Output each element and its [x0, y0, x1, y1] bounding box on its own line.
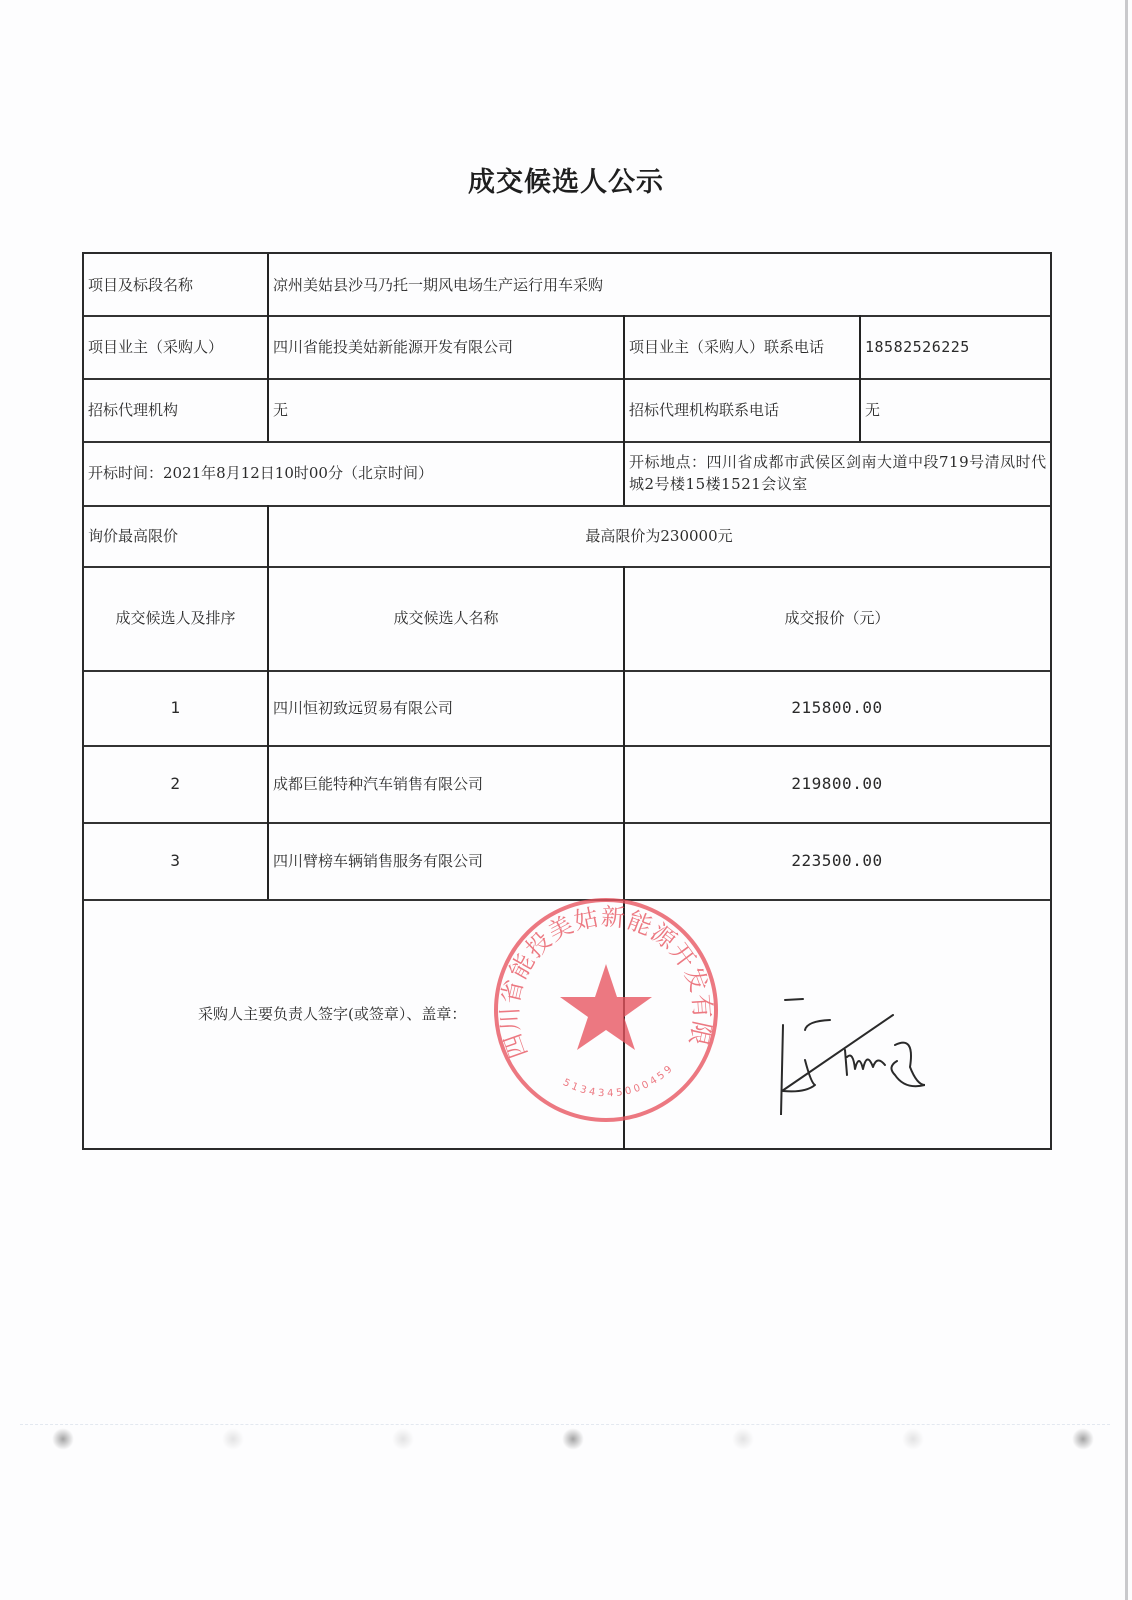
owner-label: 项目业主（采购人）	[84, 315, 267, 378]
page-edge-shadow	[1125, 0, 1128, 1600]
max-price-label: 询价最高限价	[84, 505, 267, 566]
open-place: 开标地点：四川省成都市武侯区剑南大道中段719号清凤时代城2号楼15楼1521会…	[625, 441, 1051, 505]
owner-phone-value: 18582526225	[861, 315, 1051, 378]
candidate-rank: 3	[84, 822, 267, 899]
scan-smudge	[902, 1428, 924, 1450]
candidate-price: 219800.00	[625, 745, 1049, 822]
candidate-rank: 2	[84, 745, 267, 822]
header-name: 成交候选人名称	[269, 566, 623, 670]
candidate-name: 四川恒初致远贸易有限公司	[269, 670, 623, 745]
scan-smudge	[222, 1428, 244, 1450]
max-price-value: 最高限价为230000元	[269, 505, 1049, 566]
scan-smudge	[732, 1428, 754, 1450]
candidate-name: 四川臂榜车辆销售服务有限公司	[269, 822, 623, 899]
candidate-rank: 1	[84, 670, 267, 745]
header-rank: 成交候选人及排序	[84, 566, 267, 670]
row-divider	[84, 899, 1050, 901]
scan-smudge	[562, 1428, 584, 1450]
agency-value: 无	[269, 378, 623, 441]
page-title: 成交候选人公示	[0, 160, 1132, 199]
candidate-price: 223500.00	[625, 822, 1049, 899]
agency-phone-value: 无	[861, 378, 1051, 441]
announcement-table: 项目及标段名称 凉州美姑县沙马乃托一期风电场生产运行用车采购 项目业主（采购人）…	[82, 252, 1052, 1150]
signature-label: 采购人主要负责人签字(或签章）、盖章：	[194, 994, 514, 1034]
project-value: 凉州美姑县沙马乃托一期风电场生产运行用车采购	[269, 254, 1049, 315]
candidate-price: 215800.00	[625, 670, 1049, 745]
open-time: 开标时间：2021年8月12日10时00分（北京时间）	[84, 441, 623, 505]
owner-value: 四川省能投美姑新能源开发有限公司	[269, 315, 623, 378]
candidate-name: 成都巨能特种汽车销售有限公司	[269, 745, 623, 822]
scan-artifact-line	[20, 1424, 1110, 1425]
header-price: 成交报价（元）	[625, 566, 1049, 670]
agency-phone-label: 招标代理机构联系电话	[625, 378, 859, 441]
project-label: 项目及标段名称	[84, 254, 267, 315]
agency-label: 招标代理机构	[84, 378, 267, 441]
owner-phone-label: 项目业主（采购人）联系电话	[625, 315, 859, 378]
scan-smudge	[392, 1428, 414, 1450]
scan-smudge	[1072, 1428, 1094, 1450]
scan-smudge	[52, 1428, 74, 1450]
